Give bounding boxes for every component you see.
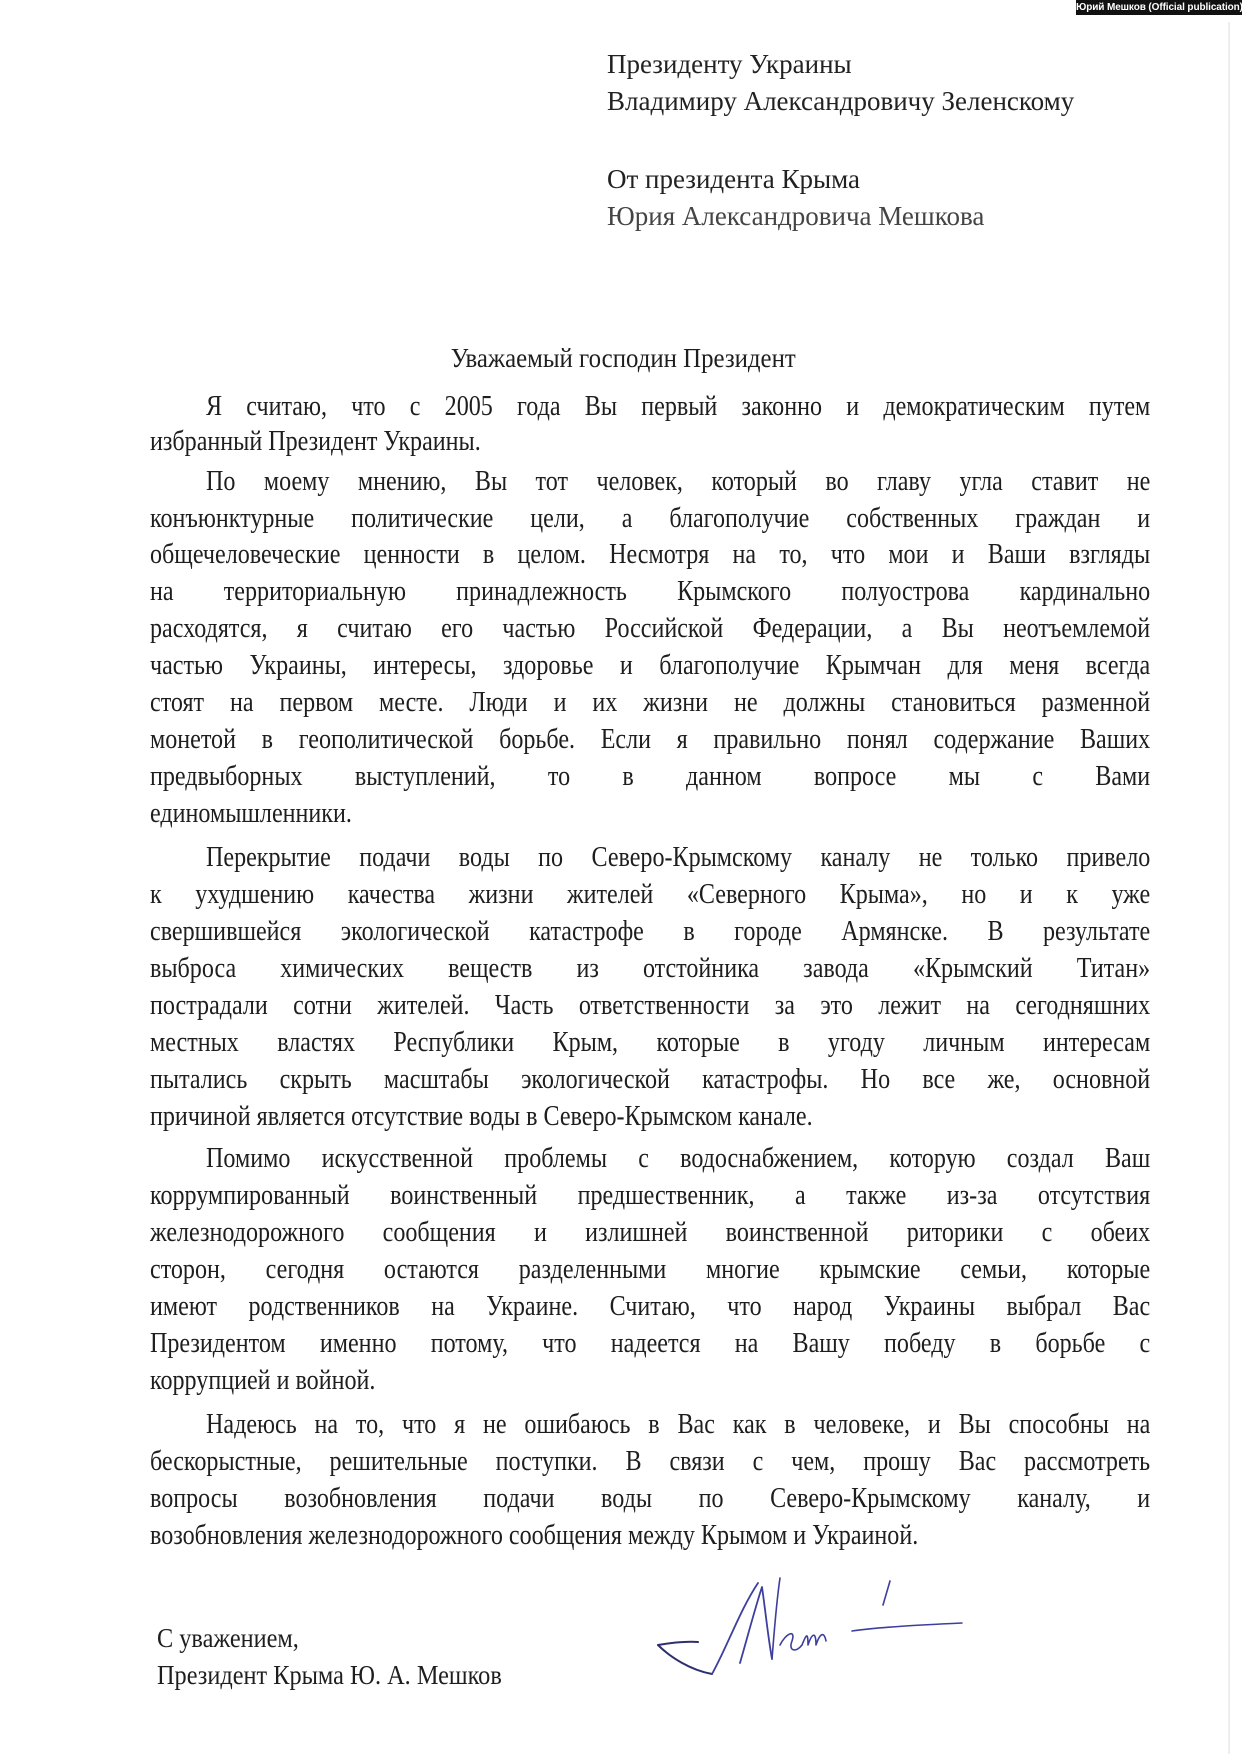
recipient-line-1: Президенту Украины xyxy=(607,48,852,80)
body-line: коррупцией и войной. xyxy=(150,1364,1010,1398)
body-line: вопросы возобновления подачи воды по Сев… xyxy=(150,1482,1010,1516)
body-line: Перекрытие подачи воды по Северо-Крымско… xyxy=(206,841,1066,875)
body-line: свершившейся экологической катастрофе в … xyxy=(150,915,1010,949)
body-line: к ухудшению качества жизни жителей «Севе… xyxy=(150,878,1010,912)
signature-icon xyxy=(640,1575,970,1685)
sender-line-2: Юрия Александровича Мешкова xyxy=(607,200,984,232)
body-line: местных властях Республики Крым, которые… xyxy=(150,1026,1010,1060)
body-line: имеют родственников на Украине. Считаю, … xyxy=(150,1290,1010,1324)
salutation: Уважаемый господин Президент xyxy=(52,342,1195,374)
body-line: общечеловеческие ценности в целом. Несмо… xyxy=(150,538,1010,572)
body-line: Президентом именно потому, что надеется … xyxy=(150,1327,1010,1361)
body-line: бескорыстные, решительные поступки. В св… xyxy=(150,1445,1010,1479)
body-line: пытались скрыть масштабы экологической к… xyxy=(150,1063,1010,1097)
body-line: монетой в геополитической борьбе. Если я… xyxy=(150,723,1010,757)
body-line: пострадали сотни жителей. Часть ответств… xyxy=(150,989,1010,1023)
recipient-line-2: Владимиру Александровичу Зеленскому xyxy=(607,85,1074,117)
body-line: железнодорожного сообщения и излишней во… xyxy=(150,1216,1010,1250)
watermark-label: Юрий Мешков (Official publication) xyxy=(1076,0,1242,15)
body-line: сторон, сегодня остаются разделенными мн… xyxy=(150,1253,1010,1287)
body-line: выброса химических веществ из отстойника… xyxy=(150,952,1010,986)
body-line: причиной является отсутствие воды в Севе… xyxy=(150,1100,1010,1134)
body-line: коррумпированный воинственный предшестве… xyxy=(150,1179,1010,1213)
body-line: на территориальную принадлежность Крымск… xyxy=(150,575,1010,609)
closing-signer: Президент Крыма Ю. А. Мешков xyxy=(157,1659,502,1691)
sender-line-1: От президента Крыма xyxy=(607,163,860,195)
body-line: предвыборных выступлений, то в данном во… xyxy=(150,760,1010,794)
page-edge-shadow xyxy=(1228,22,1230,1754)
body-line: По моему мнению, Вы тот человек, который… xyxy=(206,465,1066,499)
body-line: Надеюсь на то, что я не ошибаюсь в Вас к… xyxy=(206,1408,1066,1442)
body-line: Помимо искусственной проблемы с водоснаб… xyxy=(206,1142,1066,1176)
body-line: частью Украины, интересы, здоровье и бла… xyxy=(150,649,1010,683)
closing-regards: С уважением, xyxy=(157,1622,299,1654)
body-line: конъюнктурные политические цели, а благо… xyxy=(150,502,1010,536)
body-line: возобновления железнодорожного сообщения… xyxy=(150,1519,1010,1553)
body-line: расходятся, я считаю его частью Российск… xyxy=(150,612,1010,646)
body-line: стоят на первом месте. Люди и их жизни н… xyxy=(150,686,1010,720)
body-line: избранный Президент Украины. xyxy=(150,425,1010,459)
body-line: Я считаю, что с 2005 года Вы первый зако… xyxy=(206,390,1066,424)
body-line: единомышленники. xyxy=(150,797,1010,831)
